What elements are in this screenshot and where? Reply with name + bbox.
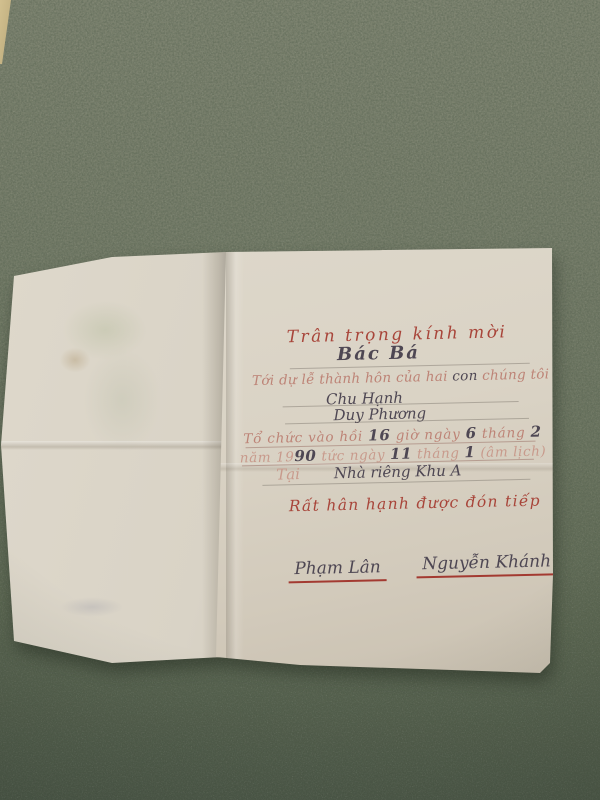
venue-value: Nhà riêng Khu A [334,461,462,482]
schedule-month: 2 [530,423,542,441]
invitation-paper: Trân trọng kính mời Bác Bá Tới dự lễ thà… [0,245,600,697]
lunar-day: 11 [390,444,412,462]
schedule-gio: giờ [390,427,424,444]
signature-pham-lan: Phạm Lân [288,558,387,583]
guest-name: Bác Bá [263,342,493,367]
occasion-text-end: chúng tôi [477,366,549,384]
occasion-word-con: con [452,368,478,385]
signature-nguyen-khanh: Nguyễn Khánh [416,552,557,578]
schedule-ngay: ngày [424,426,466,443]
handwritten-text-block: Trân trọng kính mời Bác Bá Tới dự lễ thà… [221,248,558,680]
venue-line: TạiNhà riêng Khu A [276,462,462,483]
photo-scene: Trân trọng kính mời Bác Bá Tới dự lễ thà… [0,0,600,800]
schedule-thang: tháng [477,425,531,442]
occasion-line: Tới dự lễ thành hôn của hai con chúng tô… [252,367,550,389]
schedule-day: 6 [465,424,477,442]
occasion-text: Tới dự lễ thành hôn của hai [252,369,453,390]
closing-line: Rất hân hạnh được đón tiếp [289,493,541,516]
lunar-month: 1 [464,443,475,461]
left-page-crease [0,441,226,450]
schedule-hour: 16 [368,426,391,445]
venue-label: Tại [276,465,300,484]
lunar-year: 90 [294,447,316,465]
